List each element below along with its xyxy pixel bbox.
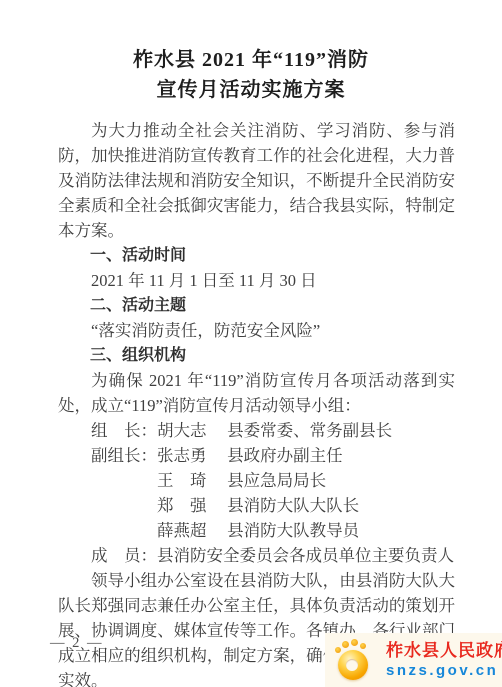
government-url: snzs.gov.cn	[386, 661, 502, 680]
document-title-line1: 柞水县 2021 年“119”消防	[0, 45, 502, 75]
footprint-toe-icon	[335, 647, 341, 653]
roster-line-members: 成 员：县消防安全委员会各成员单位主要负责人	[58, 543, 455, 568]
document-title: 柞水县 2021 年“119”消防 宣传月活动实施方案	[0, 0, 502, 105]
page-number: — 2 —	[50, 635, 104, 652]
footprint-sole-hole	[346, 659, 358, 671]
scanned-document-page: 柞水县 2021 年“119”消防 宣传月活动实施方案 为大力推动全社会关注消防…	[0, 0, 502, 687]
section-1-heading: 一、活动时间	[58, 243, 455, 268]
intro-paragraph: 为大力推动全社会关注消防、学习消防、参与消防，加快推进消防宣传教育工作的社会化进…	[58, 118, 455, 243]
roster-line-leader: 组 长：胡大志 县委常委、常务副县长	[58, 418, 455, 443]
roster-line-deputy-1: 副组长：张志勇 县政府办副主任	[58, 443, 455, 468]
roster-line-deputy-2: 王 琦 县应急局局长	[58, 468, 455, 493]
footprint-toe-icon	[360, 643, 366, 649]
section-2-body: “落实消防责任，防范安全风险”	[58, 318, 455, 343]
section-3-heading: 三、组织机构	[58, 343, 455, 368]
document-title-line2: 宣传月活动实施方案	[0, 75, 502, 105]
roster-line-deputy-4: 薛燕超 县消防大队教导员	[58, 518, 455, 543]
document-body: 为大力推动全社会关注消防、学习消防、参与消防，加快推进消防宣传教育工作的社会化进…	[58, 118, 455, 687]
section-2-heading: 二、活动主题	[58, 293, 455, 318]
footprint-logo-icon	[335, 638, 375, 682]
government-name: 柞水县人民政府	[386, 641, 502, 661]
section-1-body: 2021 年 11 月 1 日至 11 月 30 日	[58, 268, 455, 293]
section-3-body: 为确保 2021 年“119”消防宣传月各项活动落到实处，成立“119”消防宣传…	[58, 368, 455, 418]
badge-text-block: 柞水县人民政府 snzs.gov.cn	[386, 641, 502, 680]
footprint-toe-icon	[351, 639, 358, 646]
footprint-toe-icon	[342, 641, 349, 648]
government-website-badge: 柞水县人民政府 snzs.gov.cn	[325, 633, 502, 687]
roster-line-deputy-3: 郑 强 县消防大队大队长	[58, 493, 455, 518]
